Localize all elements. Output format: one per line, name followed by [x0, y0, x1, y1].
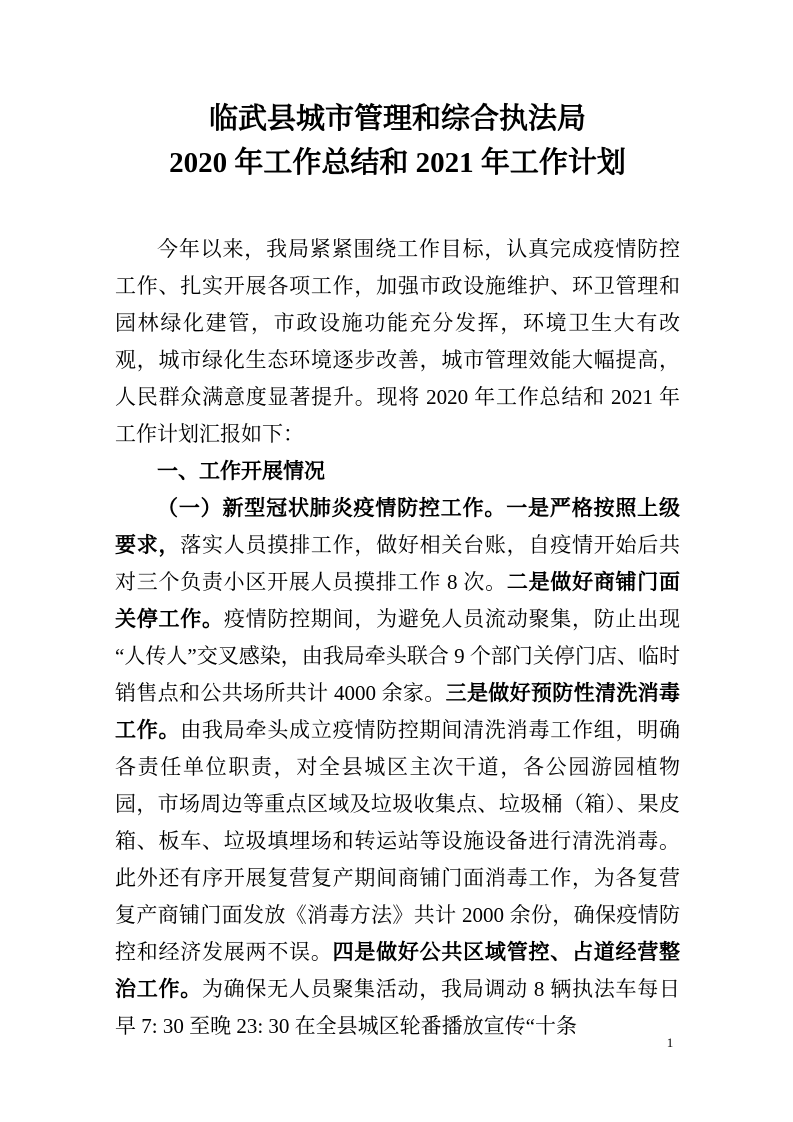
intro-paragraph: 今年以来，我局紧紧围绕工作目标，认真完成疫情防控工作、扎实开展各项工作，加强市政…	[115, 231, 680, 453]
title-line-1: 临武县城市管理和综合执法局	[115, 97, 680, 141]
page-number: 1	[655, 1034, 685, 1052]
document-title: 临武县城市管理和综合执法局 2020 年工作总结和 2021 年工作计划	[115, 97, 680, 185]
title-line-2: 2020 年工作总结和 2021 年工作计划	[115, 141, 680, 185]
section-1-heading: 一、工作开展情况	[115, 453, 680, 490]
section-1-paragraph: （一）新型冠状肺炎疫情防控工作。一是严格按照上级要求，落实人员摸排工作，做好相关…	[115, 490, 680, 1045]
document-page: 临武县城市管理和综合执法局 2020 年工作总结和 2021 年工作计划 今年以…	[0, 0, 793, 1122]
text-run: 由我局牵头成立疫情防控期间清洗消毒工作组，明确各责任单位职责，对全县城区主次干道…	[115, 718, 680, 964]
